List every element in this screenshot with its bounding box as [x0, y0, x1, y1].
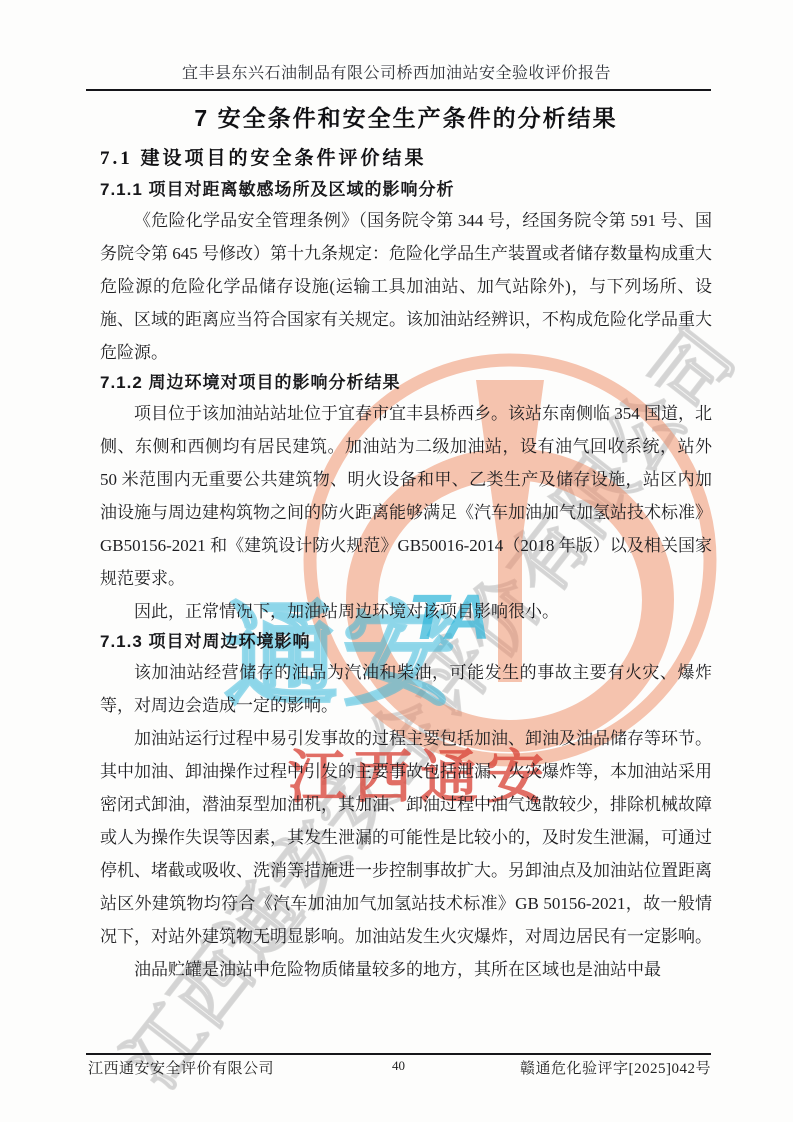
footer-document-number: 赣通危化验评字[2025]042号: [520, 1057, 711, 1078]
paragraph-7-1-2-a: 项目位于该加油站站址位于宜春市宜丰县桥西乡。该站东南侧临 354 国道，北侧、东…: [100, 397, 712, 595]
header-rule: [86, 89, 711, 91]
paragraph-7-1-3-c: 油品贮罐是油站中危险物质储量较多的地方，其所在区域也是油站中最: [100, 953, 712, 986]
paragraph-7-1-3-a: 该加油站经营储存的油品为汽油和柴油，可能发生的事故主要有火灾、爆炸等，对周边会造…: [100, 656, 712, 722]
document-page: 江西通安安全评价有限公司 通安 TA 江西通安 宜丰县东兴石油制品有限公司桥西加…: [0, 0, 793, 1122]
section-heading-7-1: 7.1 建设项目的安全条件评价结果: [100, 144, 712, 174]
running-header-title: 宜丰县东兴石油制品有限公司桥西加油站安全验收评价报告: [0, 60, 793, 83]
footer-rule: [86, 1053, 711, 1055]
section-heading-7-1-1: 7.1.1 项目对距离敏感场所及区域的影响分析: [100, 176, 712, 204]
chapter-title: 7 安全条件和安全生产条件的分析结果: [100, 100, 712, 136]
page-footer: 江西通安安全评价有限公司 40 赣通危化验评字[2025]042号: [86, 1057, 711, 1081]
body-column: 7 安全条件和安全生产条件的分析结果 7.1 建设项目的安全条件评价结果 7.1…: [100, 100, 712, 986]
paragraph-7-1-2-b: 因此，正常情况下，加油站周边环境对该项目影响很小。: [100, 595, 712, 628]
paragraph-7-1-3-b: 加油站运行过程中易引发事故的过程主要包括加油、卸油及油品储存等环节。其中加油、卸…: [100, 722, 712, 953]
page-content: 宜丰县东兴石油制品有限公司桥西加油站安全验收评价报告 7 安全条件和安全生产条件…: [0, 0, 793, 1122]
paragraph-7-1-1-a: 《危险化学品安全管理条例》（国务院令第 344 号，经国务院令第 591 号、国…: [100, 204, 712, 369]
section-heading-7-1-2: 7.1.2 周边环境对项目的影响分析结果: [100, 369, 712, 397]
section-heading-7-1-3: 7.1.3 项目对周边环境影响: [100, 628, 712, 656]
